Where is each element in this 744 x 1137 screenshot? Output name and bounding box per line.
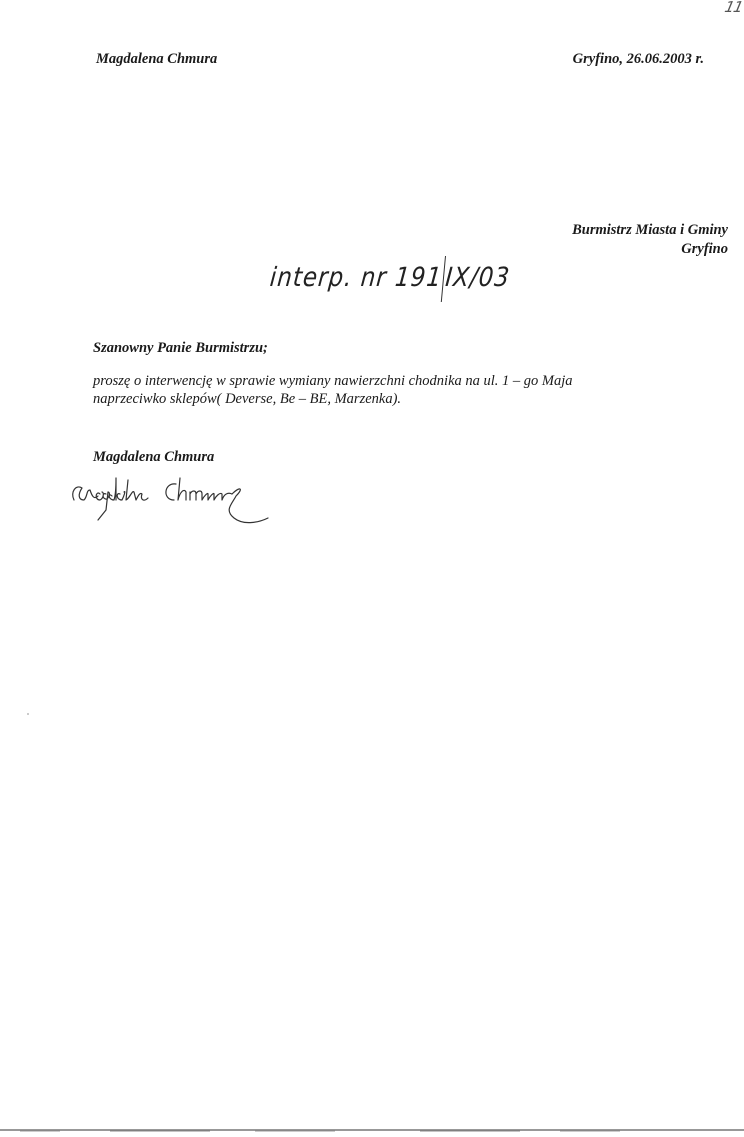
recipient-block: Burmistrz Miasta i Gminy Gryfino <box>572 221 728 259</box>
letter-body-line-1: proszę o interwencję w sprawie wymiany n… <box>93 372 693 390</box>
page-bottom-edge <box>0 1128 744 1133</box>
recipient-line-1: Burmistrz Miasta i Gminy <box>572 221 728 240</box>
signature-name: Magdalena Chmura <box>93 449 214 466</box>
letter-body: proszę o interwencję w sprawie wymiany n… <box>93 372 693 408</box>
handwritten-reference-part-2: IX/03 <box>444 263 511 293</box>
handwritten-reference-part-1: interp. nr 191 <box>269 263 444 293</box>
page-number: 11 <box>723 0 744 16</box>
sender-header: Magdalena Chmura <box>96 51 217 68</box>
place-date: Gryfino, 26.06.2003 r. <box>573 51 704 68</box>
salutation: Szanowny Panie Burmistrzu; <box>93 340 268 357</box>
scan-artifact <box>27 713 29 715</box>
handwritten-reference-number: interp. nr 191IX/03 <box>268 256 512 302</box>
handwritten-signature: Magdalena Chmura <box>64 470 294 530</box>
recipient-line-2: Gryfino <box>572 240 728 259</box>
letter-body-line-2: naprzeciwko sklepów( Deverse, Be – BE, M… <box>93 390 693 408</box>
